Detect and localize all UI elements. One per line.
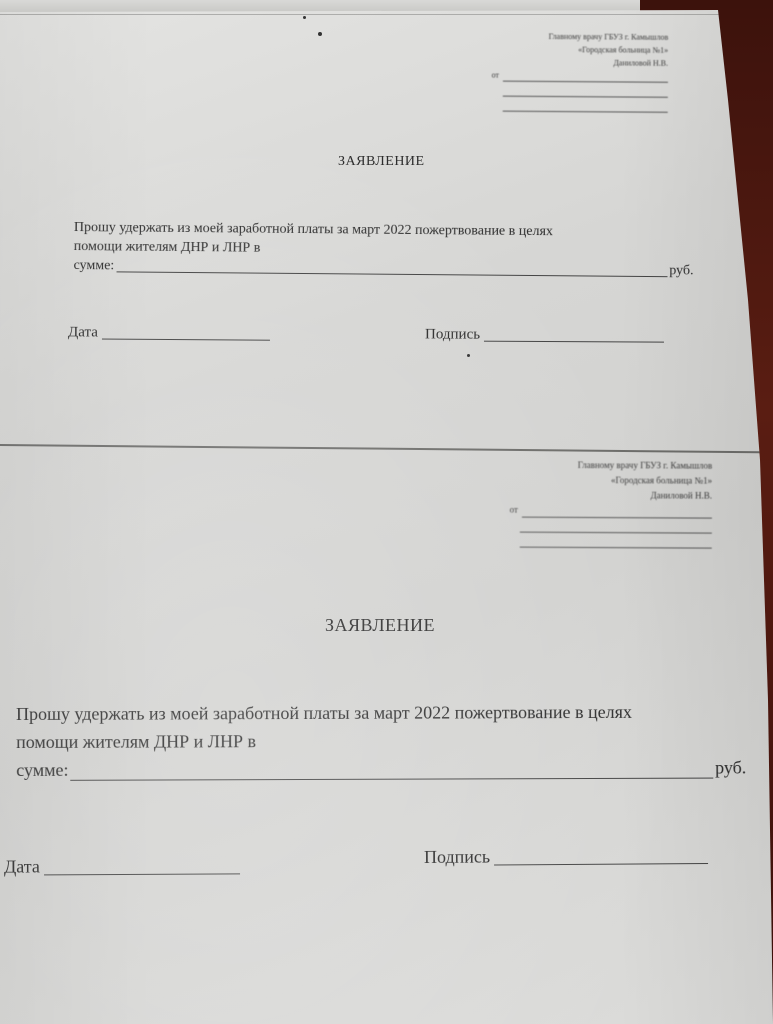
from-row: от (470, 502, 712, 518)
from-blank-field-3[interactable] (503, 97, 668, 113)
date-blank-field[interactable] (44, 872, 240, 875)
background-paper-strip (0, 0, 640, 12)
addressee-block: Главному врачу ГБУЗ г. Камышлов «Городск… (440, 29, 669, 113)
from-label: от (492, 69, 499, 82)
sum-blank-field[interactable] (71, 777, 714, 781)
signature-label: Подпись (425, 326, 480, 343)
date-row: Дата (4, 855, 240, 877)
addressee-line-3: Даниловой Н.В. (470, 487, 712, 503)
date-label: Дата (4, 856, 40, 877)
sum-label: сумме: (74, 256, 115, 275)
currency-label: руб. (715, 753, 746, 781)
currency-label: руб. (669, 261, 693, 280)
ink-dot (467, 354, 470, 357)
signature-row: Подпись (425, 326, 664, 344)
form-title: ЗАЯВЛЕНИЕ (338, 154, 425, 170)
from-blank-field-2[interactable] (520, 518, 712, 534)
from-row: от (440, 68, 668, 83)
body-line-1: Прошу удержать из моей заработной платы … (16, 697, 746, 728)
from-blank-field-2[interactable] (503, 82, 668, 98)
sum-row: сумме: руб. (74, 256, 694, 280)
sum-row: сумме: руб. (16, 753, 746, 784)
document-sheet: Главному врачу ГБУЗ г. Камышлов «Городск… (0, 0, 773, 1024)
photo-scene: Главному врачу ГБУЗ г. Камышлов «Городск… (0, 0, 773, 1024)
addressee-line-2: «Городская больница №1» (470, 472, 712, 488)
from-blank-field-3[interactable] (520, 533, 712, 549)
date-blank-field[interactable] (102, 338, 270, 341)
date-label: Дата (68, 324, 98, 341)
addressee-block: Главному врачу ГБУЗ г. Камышлов «Городск… (470, 457, 712, 548)
signature-blank-field[interactable] (494, 862, 708, 865)
sum-label: сумме: (16, 756, 68, 784)
cut-line-divider (0, 444, 760, 453)
signature-row: Подпись (424, 845, 708, 868)
from-blank-field[interactable] (522, 507, 712, 519)
from-label: от (510, 503, 518, 518)
from-blank-field[interactable] (503, 71, 668, 83)
sum-blank-field[interactable] (116, 270, 667, 277)
date-row: Дата (68, 324, 270, 342)
top-edge-line (0, 14, 720, 15)
form-body: Прошу удержать из моей заработной платы … (16, 697, 746, 784)
form-body: Прошу удержать из моей заработной платы … (74, 218, 694, 280)
body-line-2: помощи жителям ДНР и ЛНР в (16, 725, 746, 756)
addressee-line-1: Главному врачу ГБУЗ г. Камышлов (470, 457, 712, 473)
signature-blank-field[interactable] (484, 340, 664, 343)
ink-dot (303, 16, 306, 19)
ink-dot (318, 32, 322, 36)
form-title: ЗАЯВЛЕНИЕ (325, 615, 435, 636)
signature-label: Подпись (424, 847, 490, 868)
